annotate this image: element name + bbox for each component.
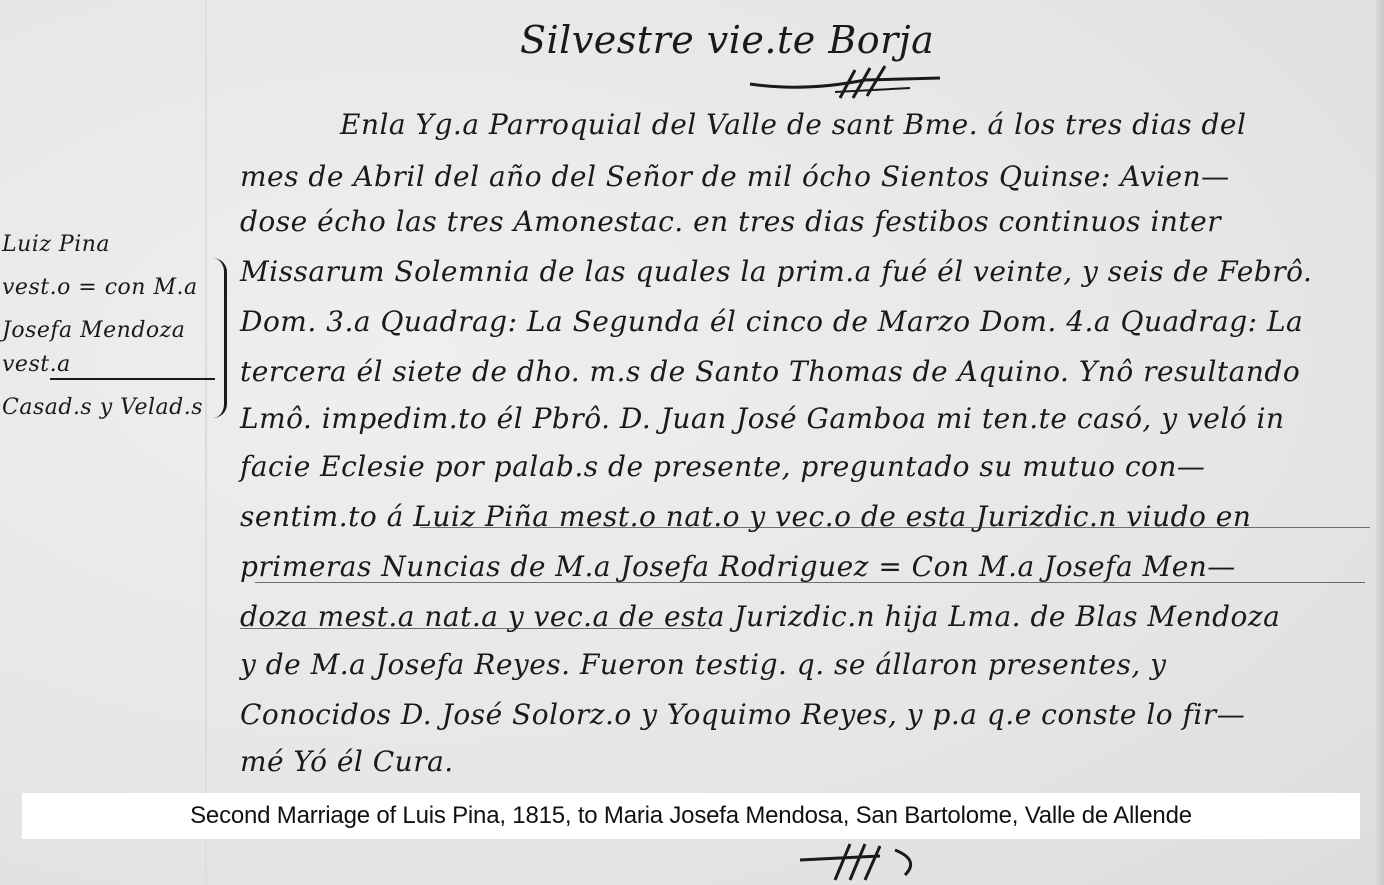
page-edge xyxy=(1376,0,1384,885)
body-line: Dom. 3.a Quadrag: La Segunda él cinco de… xyxy=(240,305,1303,338)
underline-rule xyxy=(240,628,710,629)
caption-banner: Second Marriage of Luis Pina, 1815, to M… xyxy=(22,793,1360,839)
body-line: y de M.a Josefa Reyes. Fueron testig. q.… xyxy=(240,648,1167,681)
margin-note-line: Josefa Mendoza xyxy=(2,318,185,343)
margin-note-line: Luiz Pina xyxy=(2,232,110,257)
margin-bracket xyxy=(210,258,227,418)
body-line: Enla Yg.a Parroquial del Valle de sant B… xyxy=(340,108,1246,141)
body-line: Lmô. impedim.to él Pbrô. D. Juan José Ga… xyxy=(240,402,1285,435)
signature-flourish-icon xyxy=(700,840,960,885)
title-flourish-icon xyxy=(745,62,945,100)
margin-note-line: vest.o = con M.a xyxy=(2,275,198,300)
manuscript-page: Silvestre vie.te Borja Luiz Pina vest.o … xyxy=(0,0,1384,885)
margin-note-line: Casad.s y Velad.s xyxy=(2,395,203,420)
underline-rule xyxy=(255,582,1365,583)
body-line: dose écho las tres Amonestac. en tres di… xyxy=(240,205,1221,238)
body-line: Missarum Solemnia de las quales la prim.… xyxy=(240,255,1312,288)
body-line: primeras Nuncias de M.a Josefa Rodriguez… xyxy=(240,550,1236,583)
margin-note-line: vest.a xyxy=(2,352,71,377)
caption-text: Second Marriage of Luis Pina, 1815, to M… xyxy=(190,802,1192,830)
entry-title: Silvestre vie.te Borja xyxy=(520,18,934,62)
underline-rule xyxy=(420,527,1370,528)
body-line: mé Yó él Cura. xyxy=(240,745,454,778)
margin-note-rule xyxy=(50,378,215,380)
body-line: facie Eclesie por palab.s de presente, p… xyxy=(240,450,1205,483)
page-fold-line xyxy=(205,0,207,885)
body-line: tercera él siete de dho. m.s de Santo Th… xyxy=(240,355,1300,388)
body-line: sentim.to á Luiz Piña mest.o nat.o y vec… xyxy=(240,500,1251,533)
body-line: mes de Abril del año del Señor de mil óc… xyxy=(240,160,1230,193)
body-line: Conocidos D. José Solorz.o y Yoquimo Rey… xyxy=(240,698,1245,731)
